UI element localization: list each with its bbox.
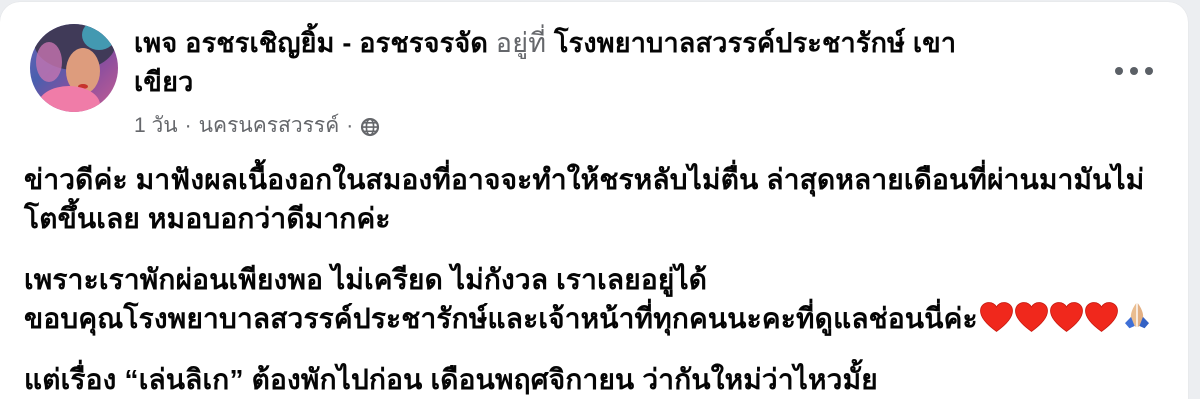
post-title-line-1: เพจ อรชรเชิญยิ้ม - อรชรจรจัด อยู่ที่ โรง… (134, 24, 1098, 63)
meta-separator: · (346, 114, 353, 138)
header-text: เพจ อรชรเชิญยิ้ม - อรชรจรจัด อยู่ที่ โรง… (118, 24, 1098, 142)
post-text-line: แต่เรื่อง “เล่นลิเก” ต้องพักไปก่อน เดือน… (24, 360, 1164, 399)
red-heart-icon (1050, 302, 1083, 332)
red-heart-icon (1085, 302, 1118, 332)
post-paragraph: ข่าวดีค่ะ มาฟังผลเนื้องอกในสมองที่อาจจะท… (24, 160, 1164, 238)
location-link[interactable]: โรงพยาบาลสวรรค์ประชารักษ์ เขา (554, 28, 956, 58)
meta-location[interactable]: นครนครสวรรค์ (199, 109, 340, 142)
more-options-button[interactable] (1106, 54, 1162, 88)
avatar-art (36, 42, 62, 82)
red-heart-icon (980, 302, 1013, 332)
avatar[interactable] (30, 24, 118, 112)
page-name-link[interactable]: เพจ อรชรเชิญยิ้ม - อรชรจรจัด (134, 28, 488, 58)
folded-hands-icon (1120, 300, 1154, 332)
post-header: เพจ อรชรเชิญยิ้ม - อรชรจรจัด อยู่ที่ โรง… (0, 2, 1188, 142)
post-meta: 1 วัน · นครนครสวรรค์ · (134, 109, 1098, 142)
globe-icon (360, 117, 380, 137)
post-text-line: โตขึ้นเลย หมอบอกว่าดีมากค่ะ (24, 199, 1164, 238)
post-paragraph: เพราะเราพักผ่อนเพียงพอ ไม่เครียด ไม่กังว… (24, 260, 1164, 338)
dot-icon (1115, 67, 1123, 75)
post-title-line-2: เขียว (134, 63, 1098, 102)
post-paragraph: แต่เรื่อง “เล่นลิเก” ต้องพักไปก่อน เดือน… (24, 360, 1164, 399)
post-body: ข่าวดีค่ะ มาฟังผลเนื้องอกในสมองที่อาจจะท… (0, 142, 1188, 399)
page-background: เพจ อรชรเชิญยิ้ม - อรชรจรจัด อยู่ที่ โรง… (0, 0, 1200, 399)
dot-icon (1145, 67, 1153, 75)
at-word: อยู่ที่ (488, 28, 554, 58)
location-link-wrap[interactable]: เขียว (134, 67, 193, 97)
red-heart-icon (1015, 302, 1048, 332)
post-card: เพจ อรชรเชิญยิ้ม - อรชรจรจัด อยู่ที่ โรง… (0, 2, 1188, 399)
dot-icon (1130, 67, 1138, 75)
post-text-line: เพราะเราพักผ่อนเพียงพอ ไม่เครียด ไม่กังว… (24, 260, 1164, 299)
meta-separator: · (185, 114, 192, 138)
timestamp[interactable]: 1 วัน (134, 109, 178, 142)
post-text-line: ข่าวดีค่ะ มาฟังผลเนื้องอกในสมองที่อาจจะท… (24, 160, 1164, 199)
post-text-line: ขอบคุณโรงพยาบาลสวรรค์ประชารักษ์และเจ้าหน… (24, 299, 1164, 338)
